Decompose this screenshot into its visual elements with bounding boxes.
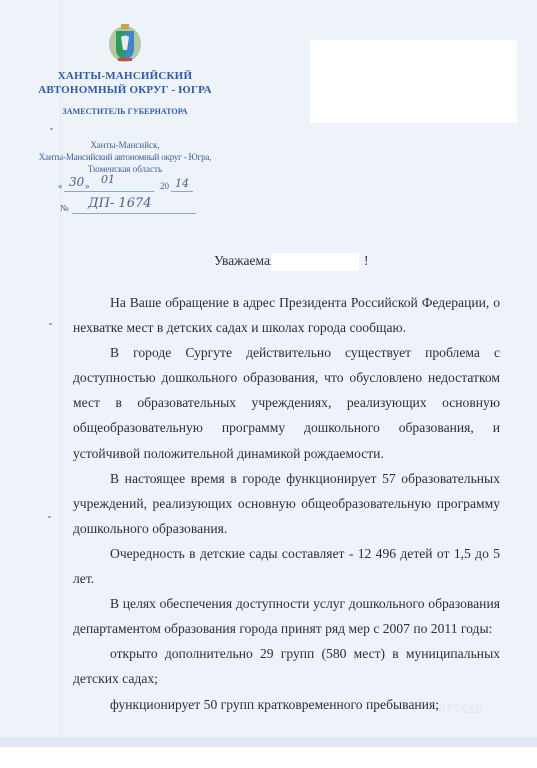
redacted-recipient-name	[271, 253, 359, 271]
address-line-oblast: Тюменская область	[30, 164, 220, 174]
date-month-handwritten: 01	[101, 173, 115, 186]
letter-body: На Ваше обращение в адрес Президента Рос…	[73, 290, 500, 717]
paragraph-measures: В целях обеспечения доступности услуг до…	[73, 591, 500, 641]
number-label: №	[60, 203, 69, 213]
number-underline	[72, 213, 196, 214]
paragraph-appeal: На Ваше обращение в адрес Президента Рос…	[73, 290, 500, 340]
salutation-exclamation: !	[364, 253, 369, 269]
address-line-city: Ханты-Мансийск,	[30, 140, 220, 150]
paragraph-short-stay-groups: функционирует 50 групп кратковременного …	[73, 692, 500, 717]
region-name-line1: ХАНТЫ-МАНСИЙСКИЙ	[30, 70, 220, 82]
date-century: 20	[160, 181, 169, 191]
date-day-handwritten: 30	[69, 175, 84, 189]
document-number-field: № ДП- 1674	[58, 199, 198, 215]
region-name-line2: АВТОНОМНЫЙ ОКРУГ - ЮГРА	[30, 84, 220, 96]
official-position-title: ЗАМЕСТИТЕЛЬ ГУБЕРНАТОРА	[30, 107, 220, 116]
page-bottom-edge	[0, 737, 537, 747]
date-close-quote: »	[85, 181, 90, 191]
date-year-underline	[171, 191, 193, 192]
date-open-quote: «	[58, 181, 63, 191]
date-field: « 30 » 01 20 14	[58, 177, 198, 193]
redacted-addressee-block	[310, 40, 517, 123]
paragraph-institutions: В настоящее время в городе функционирует…	[73, 466, 500, 541]
date-year-handwritten: 14	[175, 177, 189, 190]
address-line-region: Ханты-Мансийский автономный округ - Югра…	[30, 152, 220, 162]
margin-speck	[49, 323, 52, 325]
paragraph-queue: Очередность в детские сады составляет - …	[73, 541, 500, 591]
document-number-handwritten: ДП- 1674	[88, 196, 152, 211]
paragraph-problem: В городе Сургуте действительно существуе…	[73, 340, 500, 465]
margin-speck	[48, 516, 51, 518]
bleed-through-serial-number: 022776	[438, 701, 483, 717]
salutation: Уважаемая	[214, 253, 276, 269]
margin-speck	[50, 128, 53, 130]
date-day-underline	[64, 191, 94, 192]
coat-of-arms-icon	[107, 22, 143, 64]
paragraph-new-groups: открыто дополнительно 29 групп (580 мест…	[73, 641, 500, 691]
date-month-underline	[94, 191, 154, 192]
